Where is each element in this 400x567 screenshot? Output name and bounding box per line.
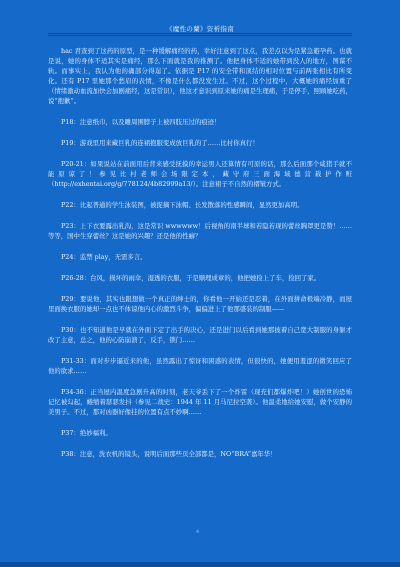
document-body: hac 君查到了这药的原型，是一种缓解痛经的药，幸好注意到了这点，我差点以为是紧… [48, 46, 352, 470]
document-page: 《魔性の蘭》资析指南 hac 君查到了这药的原型，是一种缓解痛经的药，幸好注意到… [0, 0, 400, 567]
page-header-title: 《魔性の蘭》资析指南 [48, 24, 352, 33]
header-rule-bottom [48, 35, 352, 36]
paragraph-p30: P30：也不知道他是早就在外面下定了出手的决心，还是进门以后看到她那披着自己宽大… [48, 325, 352, 345]
paragraph-p29: P29：要说他，其实也跟想做一个真正的绅士的，你看他一开始还是忍着，在外面拼命极… [48, 294, 352, 314]
paragraph-p26-28: P26-28：台风，损坏的雨伞，湿透的衣服，于是顺理成章的，他把她捡上了车，捡回… [48, 273, 352, 283]
paragraph-p18: P18：注意纸巾，以及雕周围脖子上被四肢压过的痕迹！ [48, 117, 352, 127]
paragraph-intro: hac 君查到了这药的原型，是一种缓解痛经的药，幸好注意到了这点，我差点以为是紧… [48, 46, 352, 106]
paragraph-p19: P19：游戏里用来藏巨乳的连裙抱服变成放巨乳的了……比村你真行！ [48, 138, 352, 148]
paragraph-p31-33: P31-33：面对步步逼近来的他，虽然露出了惊讶和困惑的表情，但很快的，她便用羞… [48, 356, 352, 376]
paragraph-p20-21: P20-21：如果说站在前面用后背来感受抚摸的幸运男人还算情有可原的话，那么后面… [48, 159, 352, 189]
page-number: 4 [196, 529, 199, 535]
header-rule-top [48, 33, 352, 34]
paragraph-p24: P24：监禁 play，无需多言。 [48, 252, 352, 262]
paragraph-p37: P37：绝妙福利。 [48, 428, 352, 438]
paragraph-p34-36: P34-36：正当屋内温度急剧升高的时刻，老天爷丢下了一个炸雷（现充们都爆炸吧！… [48, 387, 352, 417]
paragraph-p23: P23：上下衣要露出乳沟，这是常识 wwwwww！后视角的南半球和若隐若现的蕾丝… [48, 221, 352, 241]
paragraph-p22: P22：比起普通的学生泳装图，被捉摘下泳帽、长发散落的性感瞬间，显然更加高明。 [48, 200, 352, 210]
page-bottom-edge [0, 562, 400, 567]
paragraph-p38: P38：注意，洗衣机的镜头，说明后面那些页全部都是，NO“BRA”嘉年华！ [48, 449, 352, 459]
